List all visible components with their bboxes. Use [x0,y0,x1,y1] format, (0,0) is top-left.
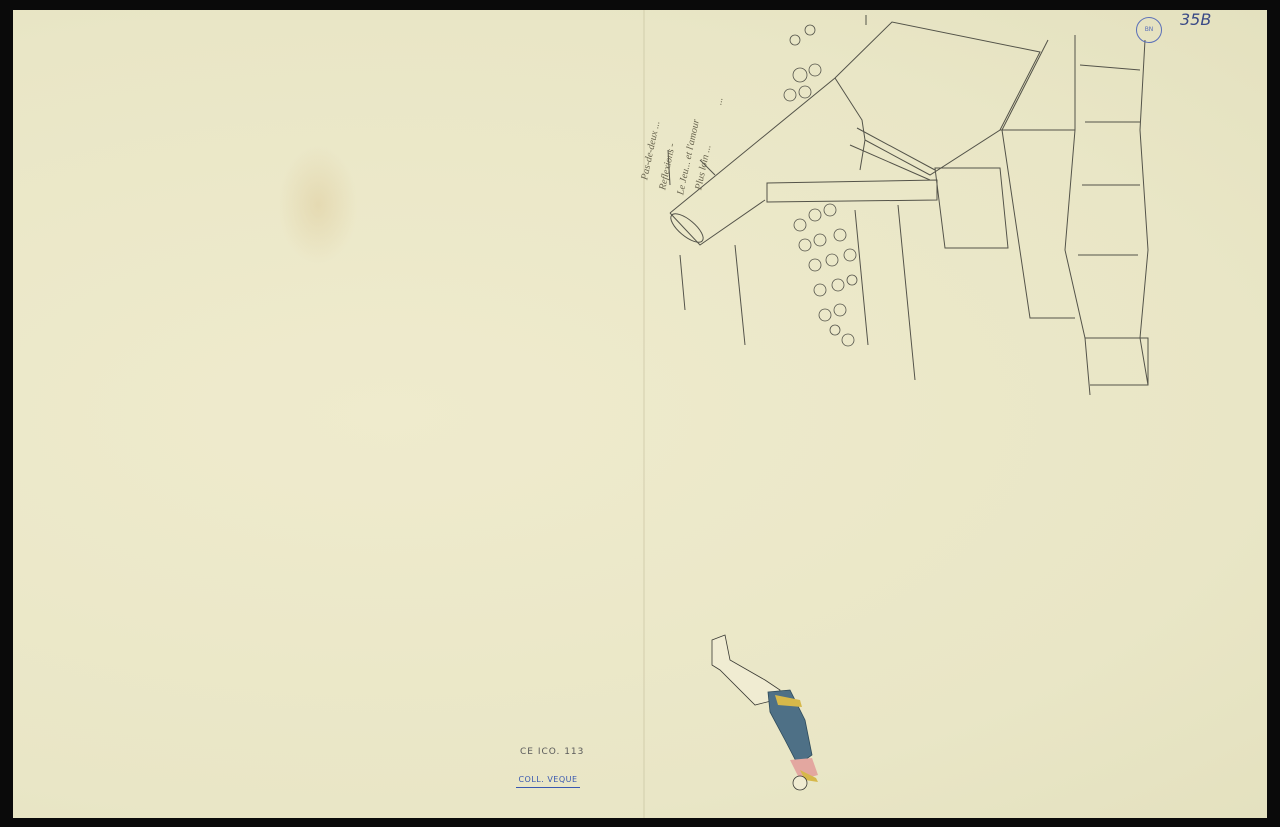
collection-label: COLL. VEQUE [516,775,580,788]
note-line: Reflexions - [657,142,678,191]
page-number: 35B [1180,10,1211,29]
note-line: ... [713,96,725,106]
note-line: Pas-de-deux ... [639,120,662,181]
call-number: CE ICO. 113 [520,747,584,757]
library-stamp: BN [1136,17,1162,43]
handwritten-notes: Pas-de-deux ... Reflexions - Le Jeu... e… [630,20,770,190]
figure-sketch [712,635,818,790]
note-line: Plus loin ... [693,144,713,191]
